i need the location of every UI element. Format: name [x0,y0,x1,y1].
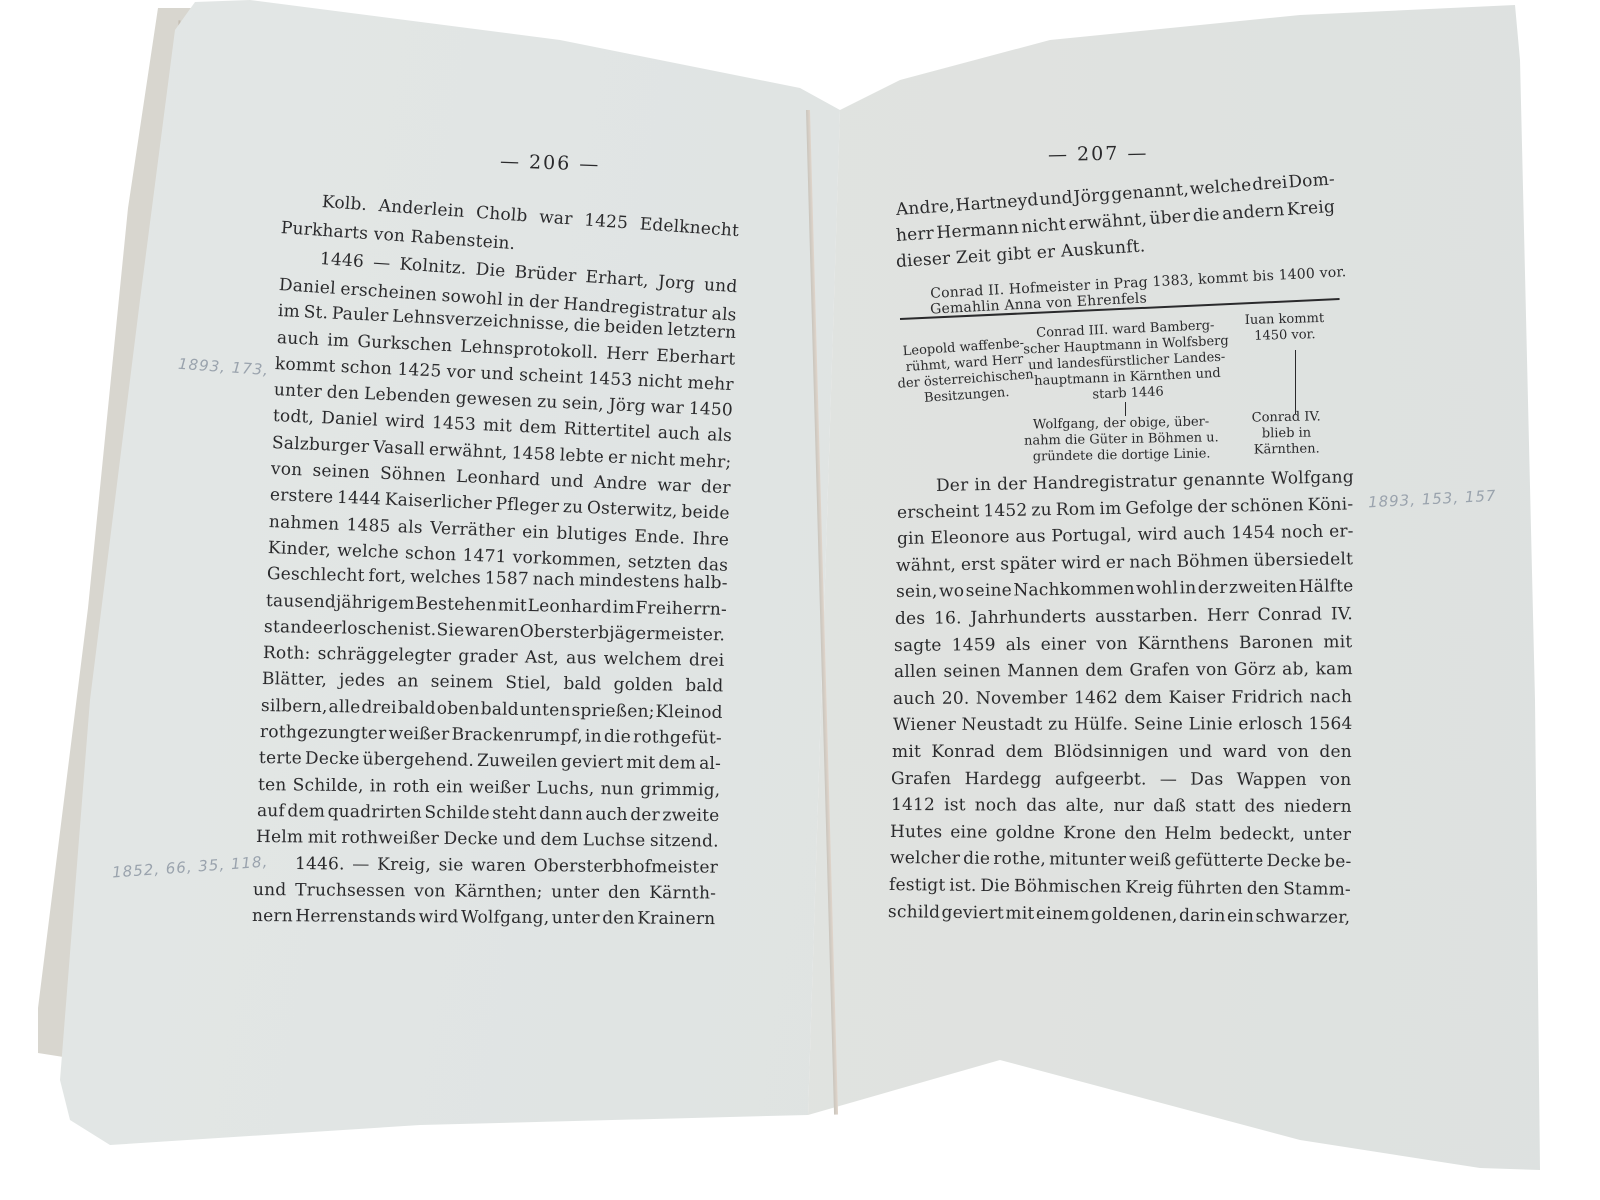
genealogy-child-leopold: Leopold waffenbe- rühmt, ward Herr der ö… [895,335,1035,408]
text-line: ginEleonoreausPortugal,wirdauch1454noche… [897,522,1354,550]
page-number-207: — 207 — [1048,142,1149,166]
genealogy-child-iuan: Iuan kommt 1450 vor. [1245,311,1325,345]
text-line: wähnt,erstspäterwirdernachBöhmenübersied… [896,549,1353,576]
genealogy-child-conrad-iii: Conrad III. ward Bamberg- scher Hauptman… [1022,318,1231,407]
text-line: festigtist.DieBöhmischenKreigführtendenS… [889,875,1351,900]
text-line: mitKonraddemBlödsinnigenundwardvonden [892,742,1352,762]
text-line: allenseinenMannendemGrafenvonGörzab,kam [894,659,1353,682]
text-line: sein,woseineNachkommenwohlinderzweitenHä… [895,577,1353,603]
text-line: erscheint1452zuRomimGefolgederschönenKön… [897,494,1354,523]
genealogy-connector [1125,402,1126,416]
text-line: welcherdierothe,mitunterweißgefütterteDe… [890,848,1352,872]
open-book: — 206 — Kolb.AnderleinCholbwar1425Edelkn… [0,0,1600,1200]
text-line: auch20.November1462demKaiserFridrichnach [893,687,1352,709]
genealogy-grandchild-wolfgang: Wolfgang, der obige, über- nahm die Güte… [1024,414,1220,465]
text-line: WienerNeustadtzuHülfe.SeineLinieerlosch1… [893,714,1353,735]
text-line: 1412istnochdasalte,nurdaßstattdesniedern [891,795,1352,817]
genealogy-connector [1295,350,1296,414]
text-line: DerinderHandregistraturgenannteWolfgang [936,467,1354,496]
text-line: GrafenHardeggaufgeerbt.—DasWappenvon [891,769,1351,790]
pencil-note: 1893, 153, 157 [1368,487,1497,512]
text-line: schildgeviertmiteinemgoldenen,darineinsc… [888,902,1351,928]
right-page-content: — 207 — Andre,HartneydundJörggenannt,wel… [0,0,1600,1200]
genealogy-grandchild-conrad-iv: Conrad IV. blieb in Kärnthen. [1252,409,1322,458]
text-line: HuteseinegoldneKronedenHelmbedeckt,unter [890,822,1351,845]
text-line: sagte1459alseinervonKärnthensBaronenmit [894,632,1353,656]
text-line: des16.Jahrhundertsausstarben.HerrConradI… [895,604,1353,629]
